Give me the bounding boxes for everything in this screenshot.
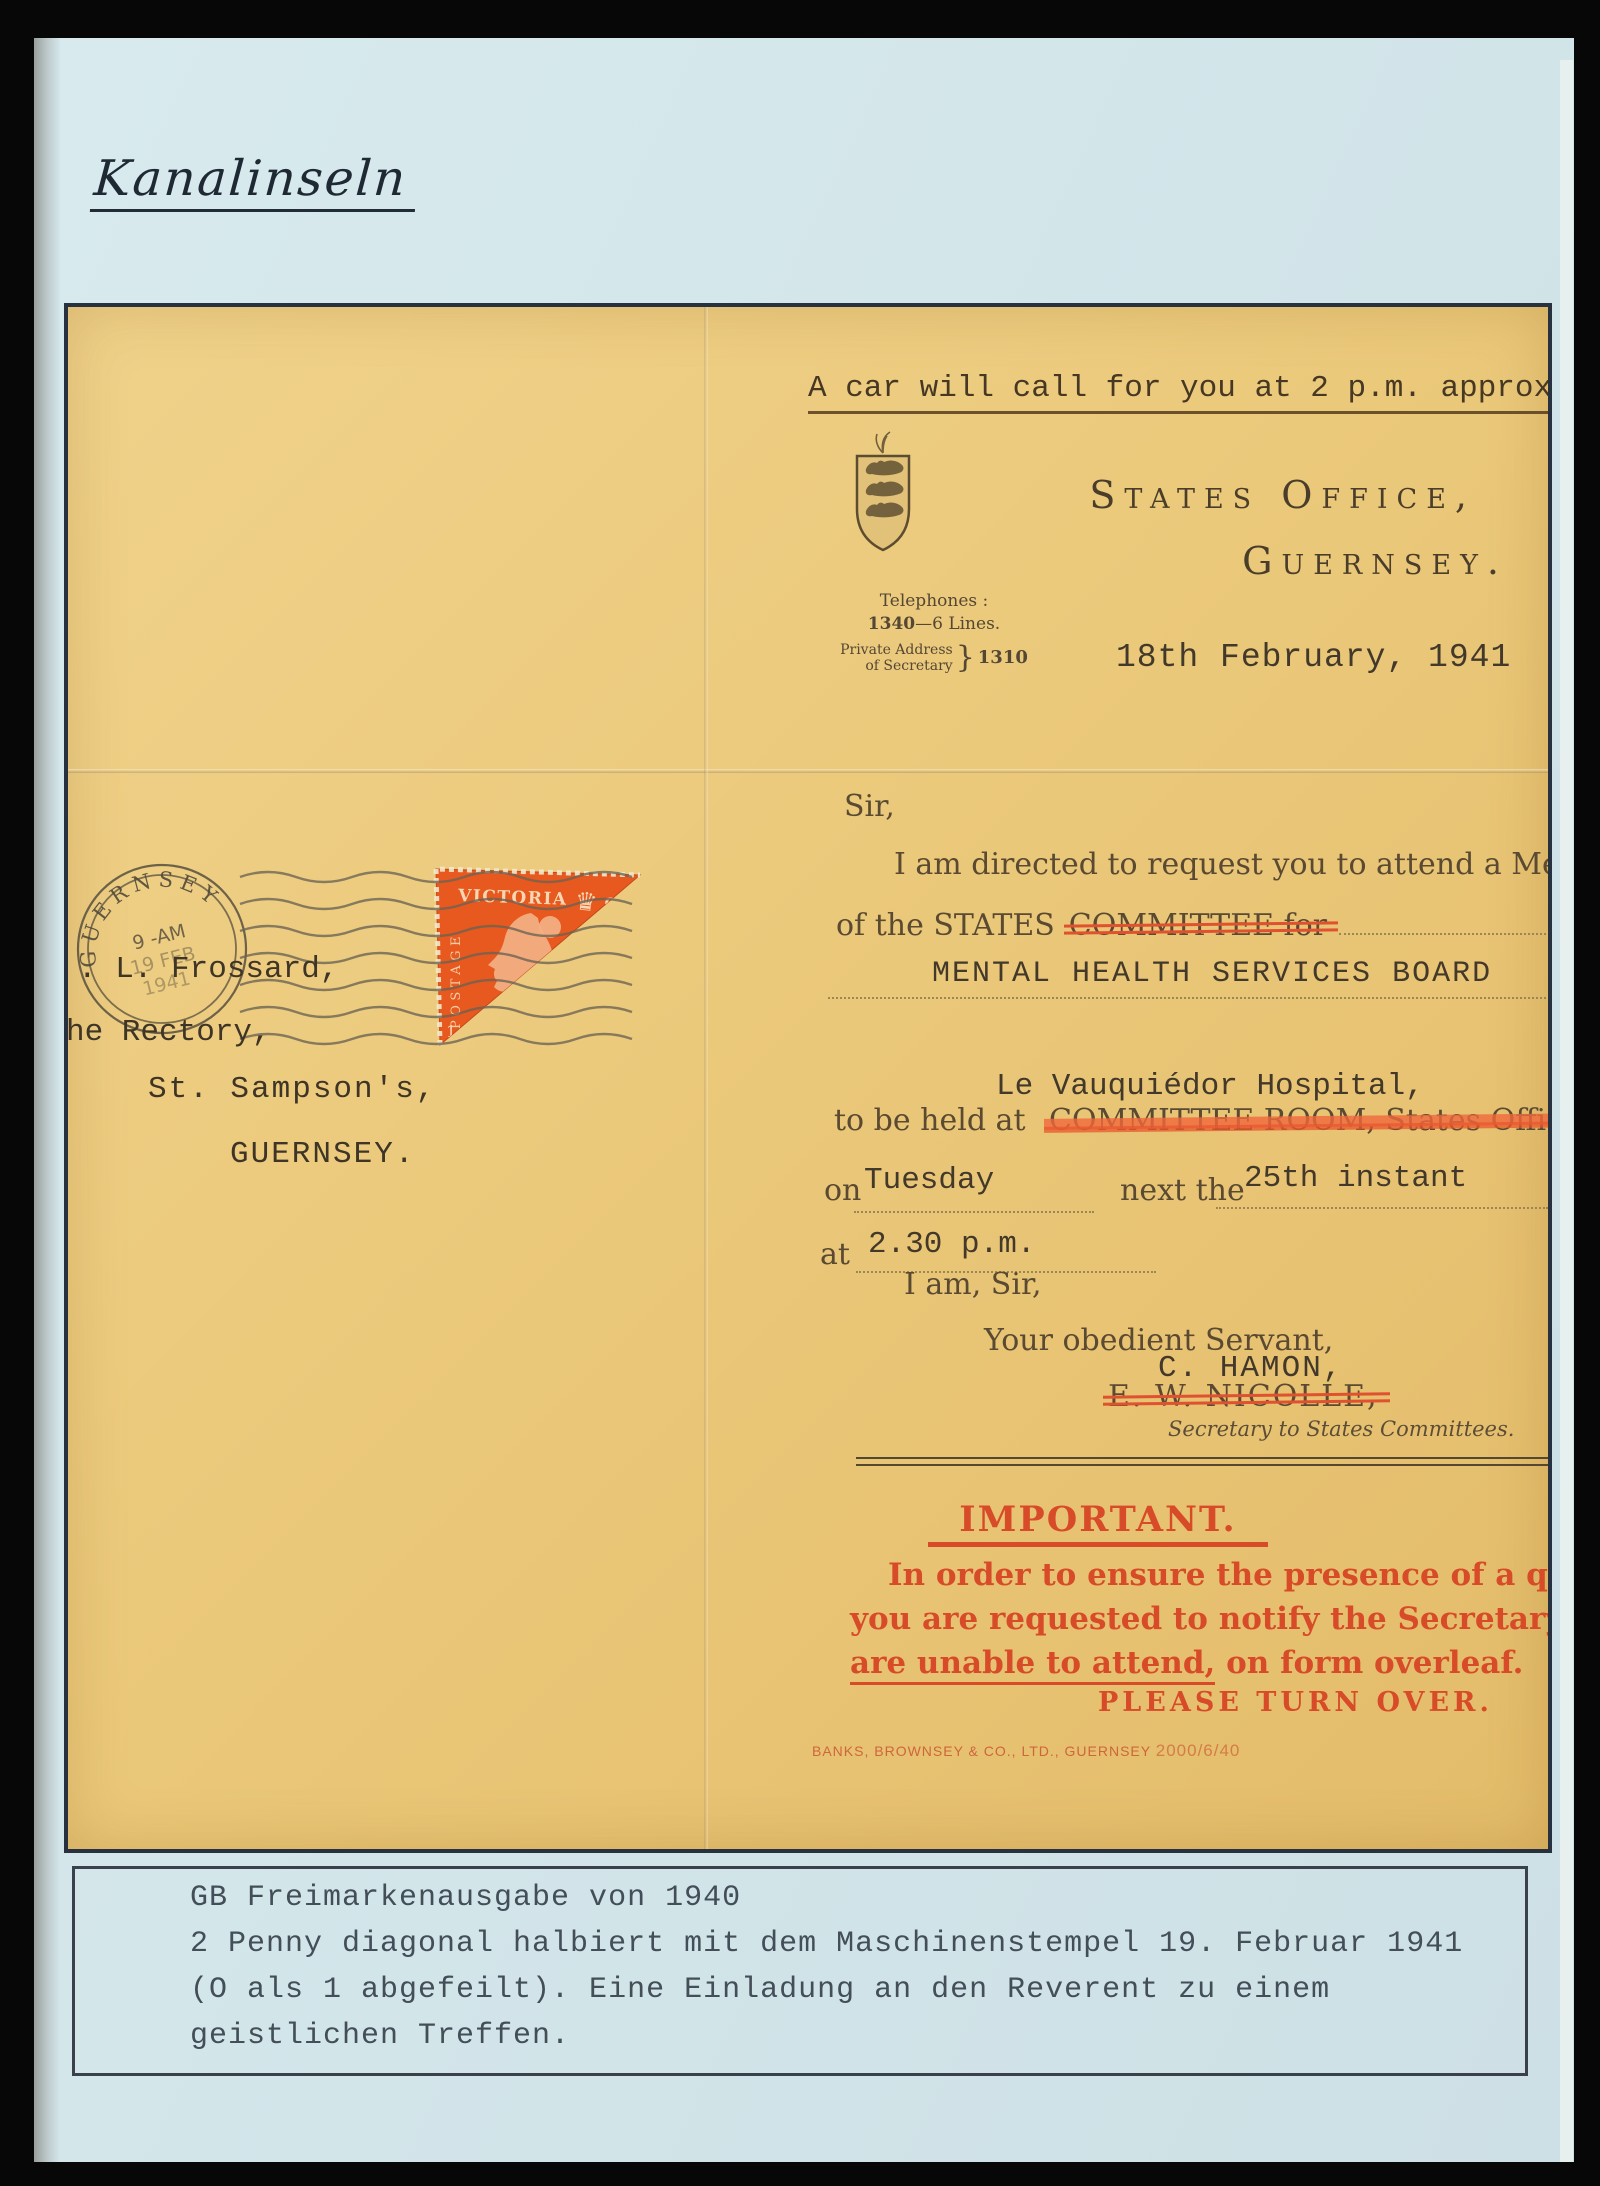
important-line2a: you are requested to notify the Secretar… [850, 1601, 1552, 1637]
important-line3: are unable to attend, on form overleaf. [850, 1645, 1552, 1681]
caption-line: (O als 1 abgefeilt). Eine Einladung an d… [190, 1973, 1330, 2007]
important-line1: In order to ensure the presence of a quo… [850, 1557, 1552, 1593]
address-line-island: GUERNSEY. [230, 1137, 415, 1172]
letter-date: 18th February, 1941 [1116, 639, 1511, 676]
telephones-block: Telephones : 1340—6 Lines. Private Addre… [836, 591, 1032, 675]
double-rule [856, 1457, 1550, 1466]
struck-committee-for: COMMITTEE for [1069, 908, 1327, 943]
printer-name: BANKS, BROWNSEY & CO., LTD., GUERNSEY [812, 1743, 1151, 1759]
telephone-number: 1340 [868, 614, 915, 634]
private-address-block: Private Address of Secretary } 1310 [836, 640, 1032, 675]
guernsey-postmark: GUERNSEY 9 -AM 19 FEB 1941 [70, 857, 254, 1041]
important-line3b: on form overleaf. [1215, 1645, 1523, 1681]
next-the-label: next the [1120, 1173, 1245, 1208]
typed-time: 2.30 p.m. [868, 1227, 1035, 1262]
letterhead-place: Guernsey. [1242, 539, 1508, 583]
three-lions-icon [866, 461, 904, 518]
caption-box: GB Freimarkenausgabe von 1940 2 Penny di… [72, 1866, 1528, 2076]
page-right-edge [1560, 60, 1573, 2162]
printer-imprint: BANKS, BROWNSEY & CO., LTD., GUERNSEY 20… [812, 1741, 1240, 1761]
struck-signature: E. W. NICOLLE, [1108, 1379, 1379, 1414]
important-line2: you are requested to notify the Secretar… [850, 1601, 1552, 1637]
album-title-kanalinseln: Kanalinseln [90, 150, 419, 212]
private-address-line1: Private Address [840, 642, 953, 658]
held-at-line: to be held at COMMITTEE ROOM, States Off… [834, 1103, 1552, 1138]
telephone-suffix: —6 Lines. [915, 614, 1000, 634]
dotted-rule [854, 1211, 1094, 1213]
dotted-rule [1216, 1207, 1548, 1209]
address-line-parish: St. Sampson's, [148, 1072, 436, 1107]
typed-top-note: A car will call for you at 2 p.m. approx [808, 371, 1552, 414]
paper-fold-vertical [704, 307, 708, 1849]
held-prefix: to be held at [834, 1103, 1026, 1138]
typed-day: Tuesday [864, 1163, 994, 1198]
address-line-name: . L. Frossard, [78, 952, 338, 987]
address-line-street: he Rectory, [66, 1015, 271, 1050]
please-turn-over: PLEASE TURN OVER. [1098, 1687, 1493, 1718]
caption-line: 2 Penny diagonal halbiert mit dem Maschi… [190, 1927, 1463, 1961]
dotted-rule [828, 997, 1550, 999]
guernsey-crest-icon [844, 429, 922, 557]
important-heading: IMPORTANT. [928, 1499, 1268, 1547]
typed-board-name: MENTAL HEALTH SERVICES BOARD [932, 957, 1492, 991]
salutation: Sir, [844, 789, 895, 824]
caption-line: geistlichen Treffen. [190, 2019, 570, 2053]
telephones-label: Telephones : [836, 591, 1032, 611]
page-left-edge [34, 38, 60, 2162]
body-line2-prefix: of the STATES [836, 908, 1055, 943]
brace-glyph: } [956, 640, 975, 675]
printer-order-number: 2000/6/40 [1156, 1741, 1241, 1760]
private-address-line2: of Secretary [840, 658, 953, 674]
at-label: at [820, 1237, 850, 1272]
on-label: on [824, 1173, 861, 1208]
letter-scan: A car will call for you at 2 p.m. approx… [64, 303, 1552, 1853]
paper-fold-horizontal [68, 769, 1548, 773]
body-line1: I am directed to request you to attend a… [894, 847, 1552, 882]
typed-hospital: Le Vauquiédor Hospital, [996, 1069, 1424, 1104]
caption-line: GB Freimarkenausgabe von 1940 [190, 1881, 741, 1915]
body-line2: of the STATES COMMITTEE for [836, 903, 1550, 943]
letterhead-office: States Office, [1089, 473, 1476, 517]
album-page-photo: { "album": { "title": "Kanalinseln", "ca… [0, 0, 1600, 2186]
important-line3a-underlined: are unable to attend, [850, 1645, 1215, 1685]
struck-committee-room: COMMITTEE ROOM, States Office, [1049, 1103, 1552, 1138]
typed-instant: 25th instant [1244, 1161, 1467, 1196]
private-number: 1310 [978, 647, 1028, 668]
closing-i-am-sir: I am, Sir, [904, 1267, 1042, 1302]
signature-title: Secretary to States Committees. [1168, 1417, 1514, 1441]
dotted-rule [1339, 903, 1550, 935]
telephones-lines: 1340—6 Lines. [836, 614, 1032, 634]
